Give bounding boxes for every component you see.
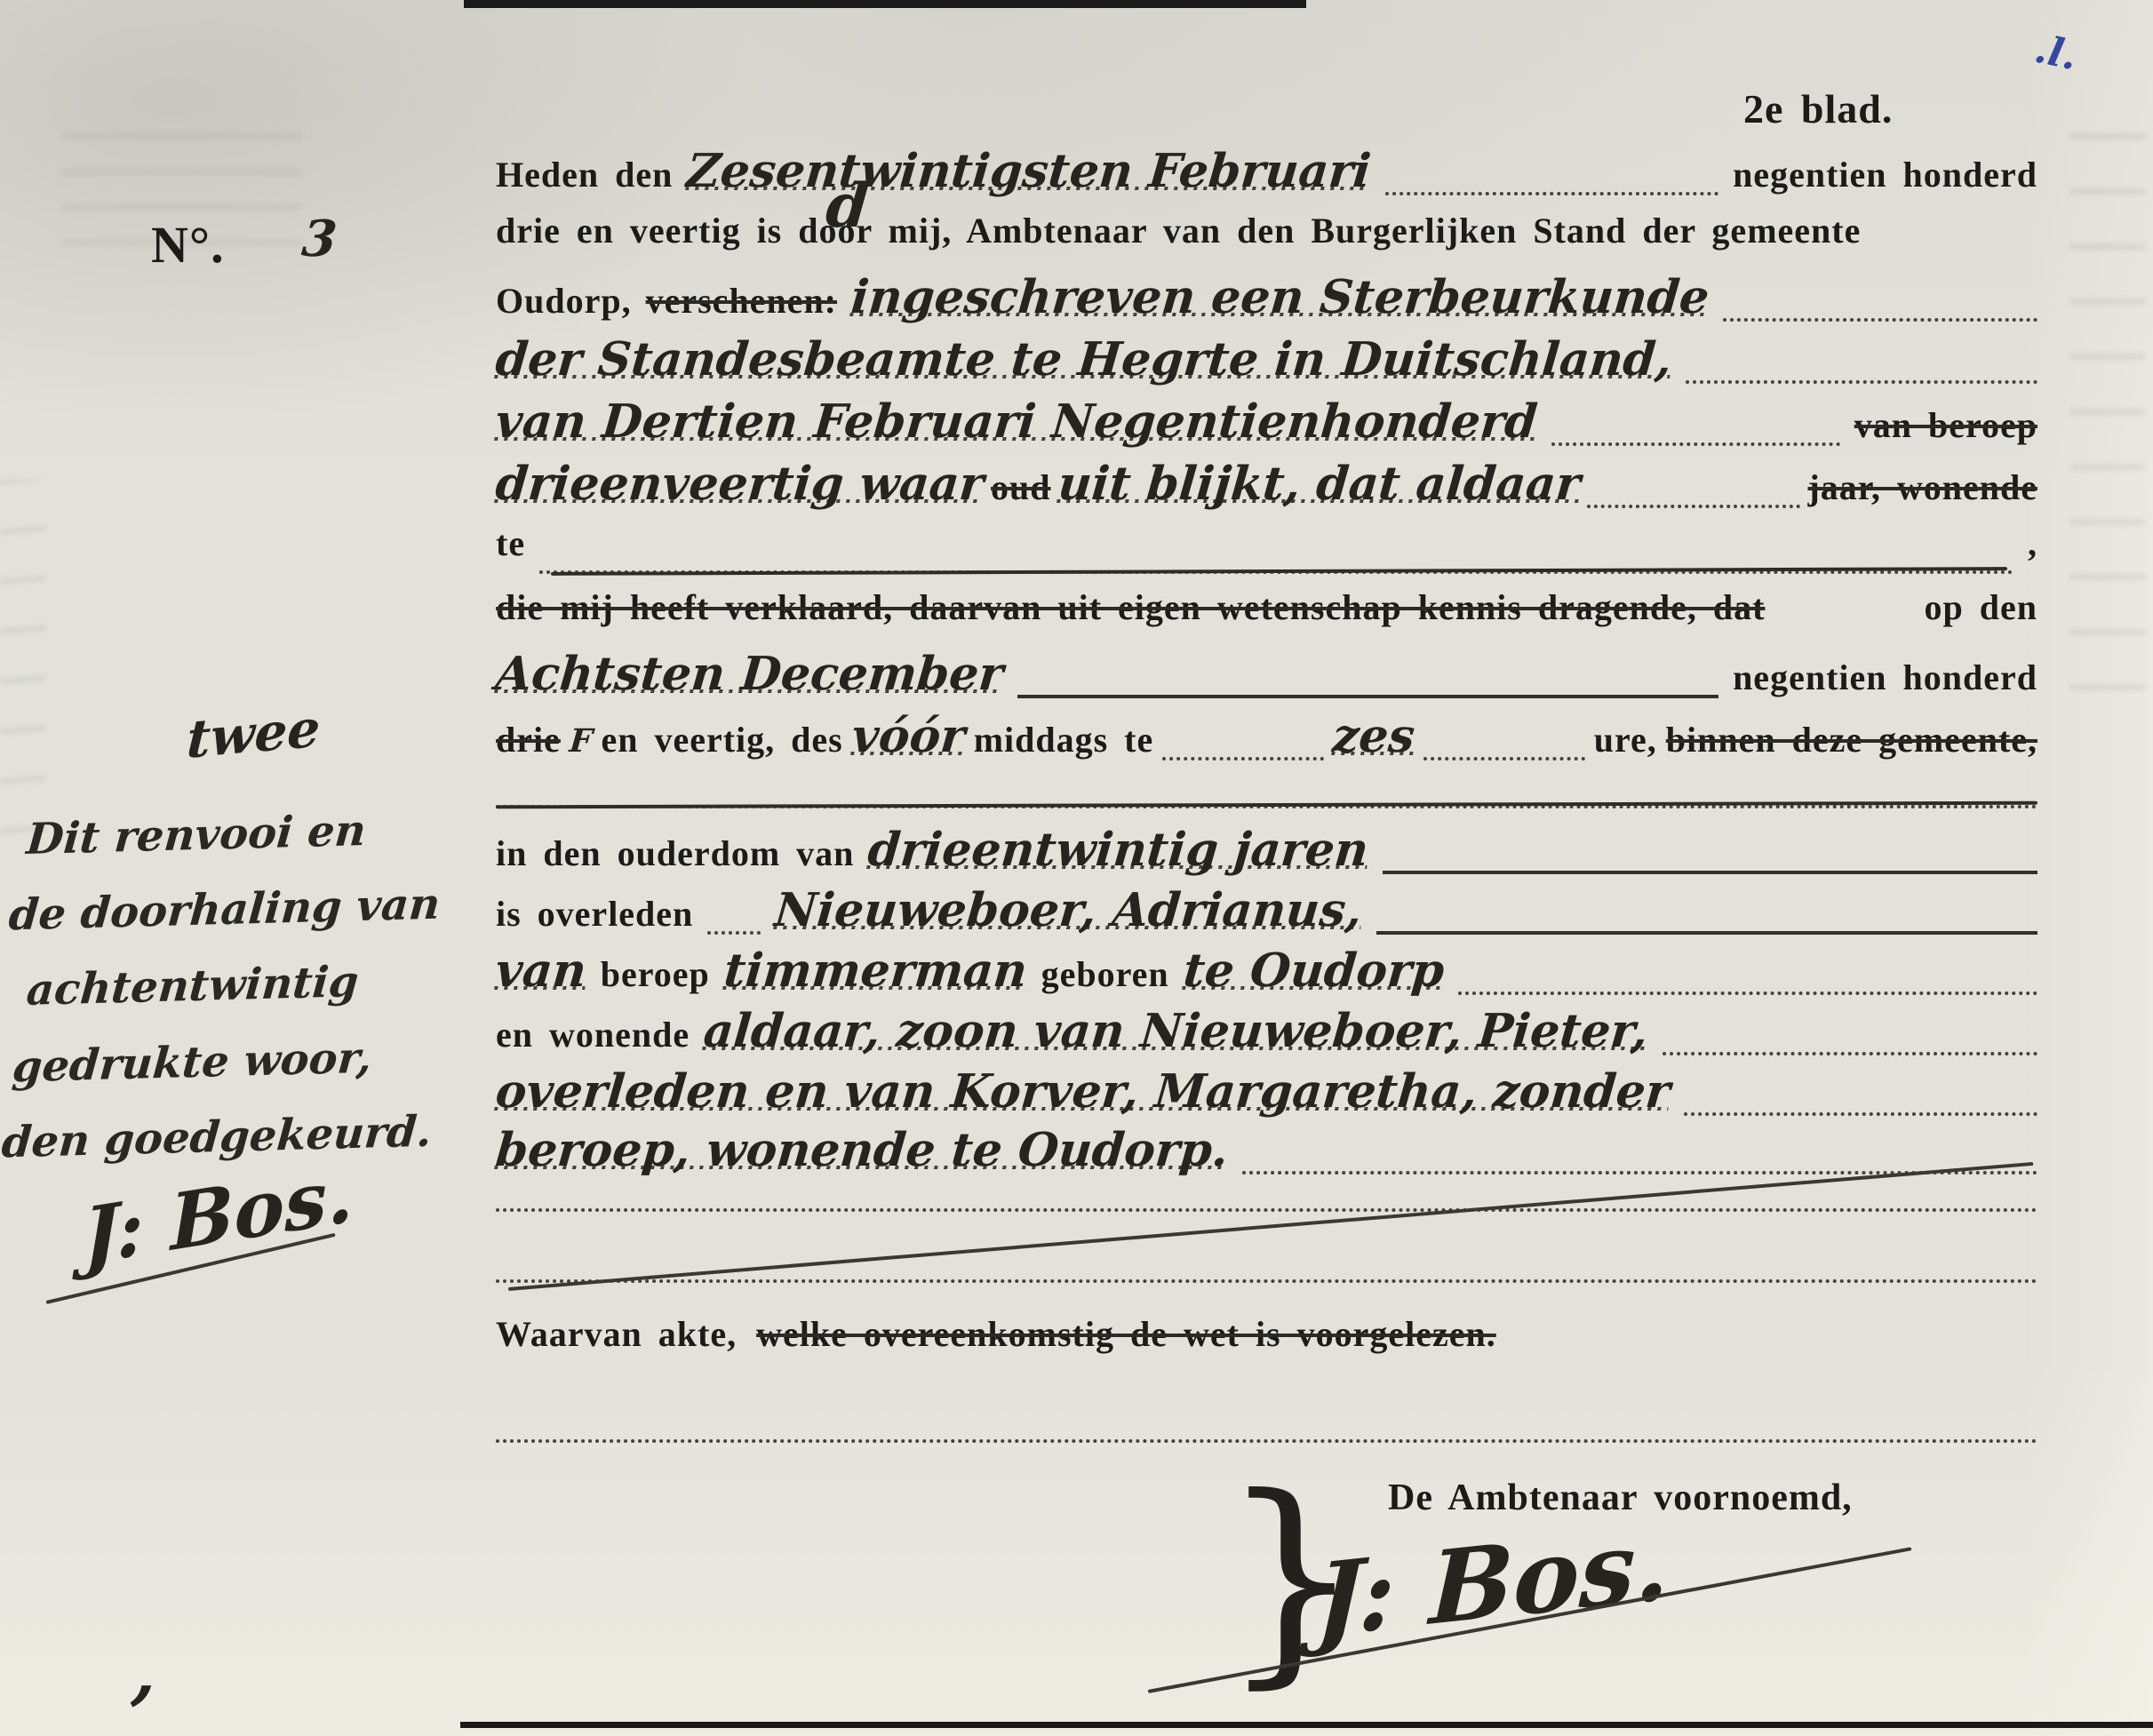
margin-note-line: achtentwintig	[25, 957, 361, 1015]
struck-printed-text: drie	[496, 719, 561, 760]
printed-text: Oudorp,	[496, 280, 632, 322]
scan-bottom-edge	[460, 1722, 2153, 1728]
bleedthrough-smudge-left	[0, 480, 46, 862]
handwritten-entry: van	[493, 944, 588, 998]
form-line-18-blank	[496, 1160, 2037, 1224]
printed-text: op den	[1925, 586, 2038, 628]
dotted-fill-line	[1385, 188, 1718, 195]
struck-printed-text: die mij heeft verklaard, daarvan uit eig…	[496, 586, 1765, 628]
dotted-fill-line	[1458, 988, 2037, 995]
handwritten-entry: uit blijkt, dat aldaar	[1056, 457, 1583, 511]
printed-text: drie en veertig is door mij, Ambtenaar v…	[496, 210, 1861, 251]
form-line-14: van beroep timmerman geboren te Oudorp	[496, 944, 2037, 1007]
form-line-5: van Dertien Februari Negentienhonderd va…	[496, 394, 2037, 458]
struck-printed-text: van beroep	[1854, 404, 2037, 446]
form-line-20: Waarvan akte, welke overeenkomstig de we…	[496, 1313, 2037, 1377]
form-line-21-blank	[496, 1391, 2037, 1455]
margin-note-line: Dit renvooi en	[25, 806, 368, 864]
dotted-fill-line	[1551, 439, 1840, 446]
dotted-fill-line	[1684, 1109, 2037, 1116]
struck-printed-text: oud	[991, 466, 1051, 508]
solid-fill-line	[1383, 867, 2037, 874]
form-line-7: te ,	[496, 522, 2037, 586]
dotted-fill-line	[496, 1276, 2037, 1283]
printed-text: geboren	[1041, 953, 1169, 995]
solid-fill-line	[1017, 691, 1718, 698]
dotted-fill-line	[496, 1205, 2037, 1212]
handwritten-entry: Nieuweboer, Adrianus,	[773, 883, 1365, 937]
struck-printed-text: jaar, wonende	[1807, 466, 2037, 508]
solid-fill-line	[1376, 928, 2037, 935]
handwritten-entry: overleden en van Korver, Margaretha, zon…	[493, 1064, 1672, 1119]
margin-note-line: gedrukte woor,	[11, 1033, 374, 1093]
form-line-4: der Standesbeamte te Hegrte in Duitschla…	[496, 332, 2037, 396]
form-line-13: is overleden Nieuweboer, Adrianus,	[496, 883, 2037, 947]
printed-text: en veertig, des	[601, 719, 842, 760]
form-line-3: Oudorp, verschenen: ingeschreven een Ste…	[496, 270, 2037, 334]
printed-text: en wonende	[496, 1014, 690, 1055]
scan-top-edge	[464, 0, 1306, 8]
stray-pen-mark: ,	[130, 1633, 160, 1712]
struck-printed-text: welke overeenkomstig de wet is voorgelez…	[756, 1313, 1496, 1355]
official-signature: J: Bos.	[1314, 1505, 1672, 1660]
dotted-fill-line	[1587, 501, 1801, 508]
handwritten-entry: vóór	[849, 709, 967, 763]
form-line-16: overleden en van Korver, Margaretha, zon…	[496, 1064, 2037, 1128]
form-line-1: Heden den Zesentwintigsten Februari nege…	[496, 144, 2037, 208]
sheet-label: 2e blad.	[1743, 85, 1893, 132]
printed-text: te	[496, 522, 525, 564]
printed-text: is overleden	[496, 893, 693, 935]
handwritten-entry: van Dertien Februari Negentienhonderd	[493, 394, 1539, 449]
handwritten-entry: Achtsten December	[493, 647, 1005, 701]
dotted-fill-line	[1723, 315, 2037, 322]
form-line-12: in den ouderdom van drieentwintig jaren	[496, 823, 2037, 887]
struck-printed-text: verschenen:	[646, 280, 837, 322]
printed-text: negentien honderd	[1733, 154, 2037, 195]
printed-text: negentien honderd	[1733, 657, 2037, 698]
insertion-mark: F	[568, 722, 594, 760]
act-number-value: 3	[299, 210, 339, 268]
handwritten-entry: drieenveertig waar	[493, 457, 985, 511]
scanned-death-certificate: .l. 2e blad. N°. 3 Heden den Zesentwinti…	[0, 0, 2153, 1736]
printed-text: Heden den	[496, 154, 673, 195]
act-number-label: N°.	[151, 215, 225, 275]
dotted-fill-line	[1686, 377, 2037, 384]
handwritten-entry: zes	[1330, 709, 1416, 763]
handwritten-entry: der Standesbeamte te Hegrte in Duitschla…	[493, 332, 1674, 386]
handwritten-entry: te Oudorp	[1181, 944, 1446, 998]
dotted-fill-line	[707, 928, 761, 935]
form-line-15: en wonende aldaar, zoon van Nieuweboer, …	[496, 1004, 2037, 1068]
handwritten-entry: timmerman	[722, 944, 1029, 998]
printed-text: Waarvan akte,	[496, 1313, 737, 1355]
printed-text: middags te	[974, 719, 1154, 760]
printed-text: ,	[2028, 522, 2037, 564]
form-line-9: Achtsten December negentien honderd	[496, 647, 2037, 711]
form-line-11-blank	[496, 757, 2037, 821]
bleedthrough-smudge-right	[2070, 133, 2145, 702]
printed-text: beroep	[601, 953, 710, 995]
corner-mark: .l.	[2030, 27, 2081, 80]
dotted-fill-line	[496, 1436, 2037, 1443]
form-line-2: drie en veertig is door mij, Ambtenaar v…	[496, 210, 2037, 274]
margin-note-line: den goedgekeurd.	[0, 1107, 434, 1168]
margin-inserted-word: twee	[185, 697, 322, 770]
handwritten-entry: aldaar, zoon van Nieuweboer, Pieter,	[701, 1004, 1650, 1058]
margin-note-line: de doorhaling van	[7, 880, 442, 941]
handwritten-correction: d	[824, 171, 873, 242]
struck-printed-text: binnen deze gemeente,	[1666, 719, 2037, 760]
printed-text: ure,	[1594, 719, 1657, 760]
form-line-19-blank	[496, 1231, 2037, 1295]
printed-text: in den ouderdom van	[496, 832, 854, 874]
dotted-fill-line	[1663, 1048, 2037, 1055]
handwritten-entry: Zesentwintigsten Februari	[685, 144, 1374, 198]
form-line-6: drieenveertig waar oud uit blijkt, dat a…	[496, 457, 2037, 521]
handwritten-entry: ingeschreven een Sterbeurkunde	[849, 270, 1711, 324]
form-line-8: die mij heeft verklaard, daarvan uit eig…	[496, 586, 2037, 650]
handwritten-entry: drieentwintig jaren	[866, 823, 1371, 877]
